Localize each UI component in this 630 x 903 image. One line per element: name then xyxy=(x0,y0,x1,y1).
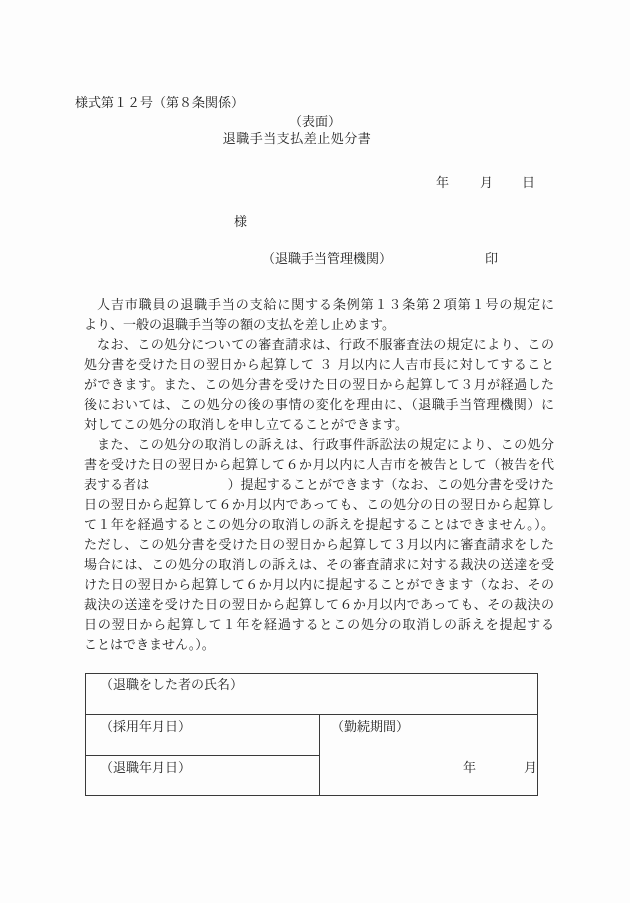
body-line: ただし、この処分書を受けた日の翌日から起算して３月以内に審査請求をした xyxy=(84,536,554,556)
table-divider-horizontal-1 xyxy=(86,714,537,715)
issue-day-label: 日 xyxy=(522,176,535,193)
table-divider-vertical xyxy=(319,714,320,795)
seal-mark: 印 xyxy=(485,252,498,269)
service-period-cell-label: （勤続期間） xyxy=(331,720,409,737)
body-line: 処分書を受けた日の翌日から起算して ３ 月以内に人吉市長に対してすること xyxy=(84,356,554,376)
body-line: ことはできません。）。 xyxy=(84,636,554,656)
retirement-date-cell-label: （退職年月日） xyxy=(100,761,191,778)
body-line: 後においては、この処分の後の事情の変化を理由に、（退職手当管理機関）に xyxy=(84,396,554,416)
body-line: 日の翌日から起算して１年を経過するとこの処分の取消しの訴えを提起する xyxy=(84,616,554,636)
body-text: 人吉市職員の退職手当の支給に関する条例第１３条第２項第１号の規定に より、一般の… xyxy=(84,296,554,656)
service-year-label: 年 xyxy=(463,761,476,778)
hire-date-cell-label: （採用年月日） xyxy=(100,720,191,737)
issuing-authority: （退職手当管理機関） xyxy=(262,252,392,269)
body-line: なお、この処分についての審査請求は、行政不服審査法の規定により、この xyxy=(84,336,554,356)
retiree-name-cell-label: （退職をした者の氏名） xyxy=(100,678,243,695)
body-line: て１年を経過するとこの処分の取消しの訴えを提起することはできません。）。 xyxy=(84,516,554,536)
body-line: 対してこの処分の取消しを申し立てることができます。 xyxy=(84,416,554,436)
body-line: より、一般の退職手当等の額の支払を差し止めます。 xyxy=(84,316,554,336)
issue-month-label: 月 xyxy=(480,176,493,193)
body-line: けた日の翌日から起算して６か月以内に提起することができます（なお、その xyxy=(84,576,554,596)
table-divider-horizontal-2 xyxy=(86,755,319,756)
form-number: 様式第１２号（第８条関係） xyxy=(75,96,244,113)
document-title: 退職手当支払差止処分書 xyxy=(0,132,594,149)
body-line: 表する者は ）提起することができます（なお、この処分書を受けた xyxy=(84,476,554,496)
body-line: また、この処分の取消しの訴えは、行政事件訴訟法の規定により、この処分 xyxy=(84,436,554,456)
issue-year-label: 年 xyxy=(436,176,449,193)
body-line: 人吉市職員の退職手当の支給に関する条例第１３条第２項第１号の規定に xyxy=(84,296,554,316)
document-page: 様式第１２号（第８条関係） （表面） 退職手当支払差止処分書 年 月 日 様 （… xyxy=(0,0,630,903)
body-line: 書を受けた日の翌日から起算して６か月以内に人吉市を被告として（被告を代 xyxy=(84,456,554,476)
retiree-table: （退職をした者の氏名） （採用年月日） （勤続期間） （退職年月日） 年 月 xyxy=(85,673,538,796)
addressee-honorific: 様 xyxy=(234,215,247,232)
front-side-label: （表面） xyxy=(0,115,630,132)
body-line: 場合には、この処分の取消しの訴えは、その審査請求に対する裁決の送達を受 xyxy=(84,556,554,576)
body-line: ができます。また、この処分書を受けた日の翌日から起算して３月が経過した xyxy=(84,376,554,396)
body-line: 日の翌日から起算して６か月以内であっても、この処分の日の翌日から起算し xyxy=(84,496,554,516)
service-month-label: 月 xyxy=(524,761,537,778)
body-line: 裁決の送達を受けた日の翌日から起算して６か月以内であっても、その裁決の xyxy=(84,596,554,616)
